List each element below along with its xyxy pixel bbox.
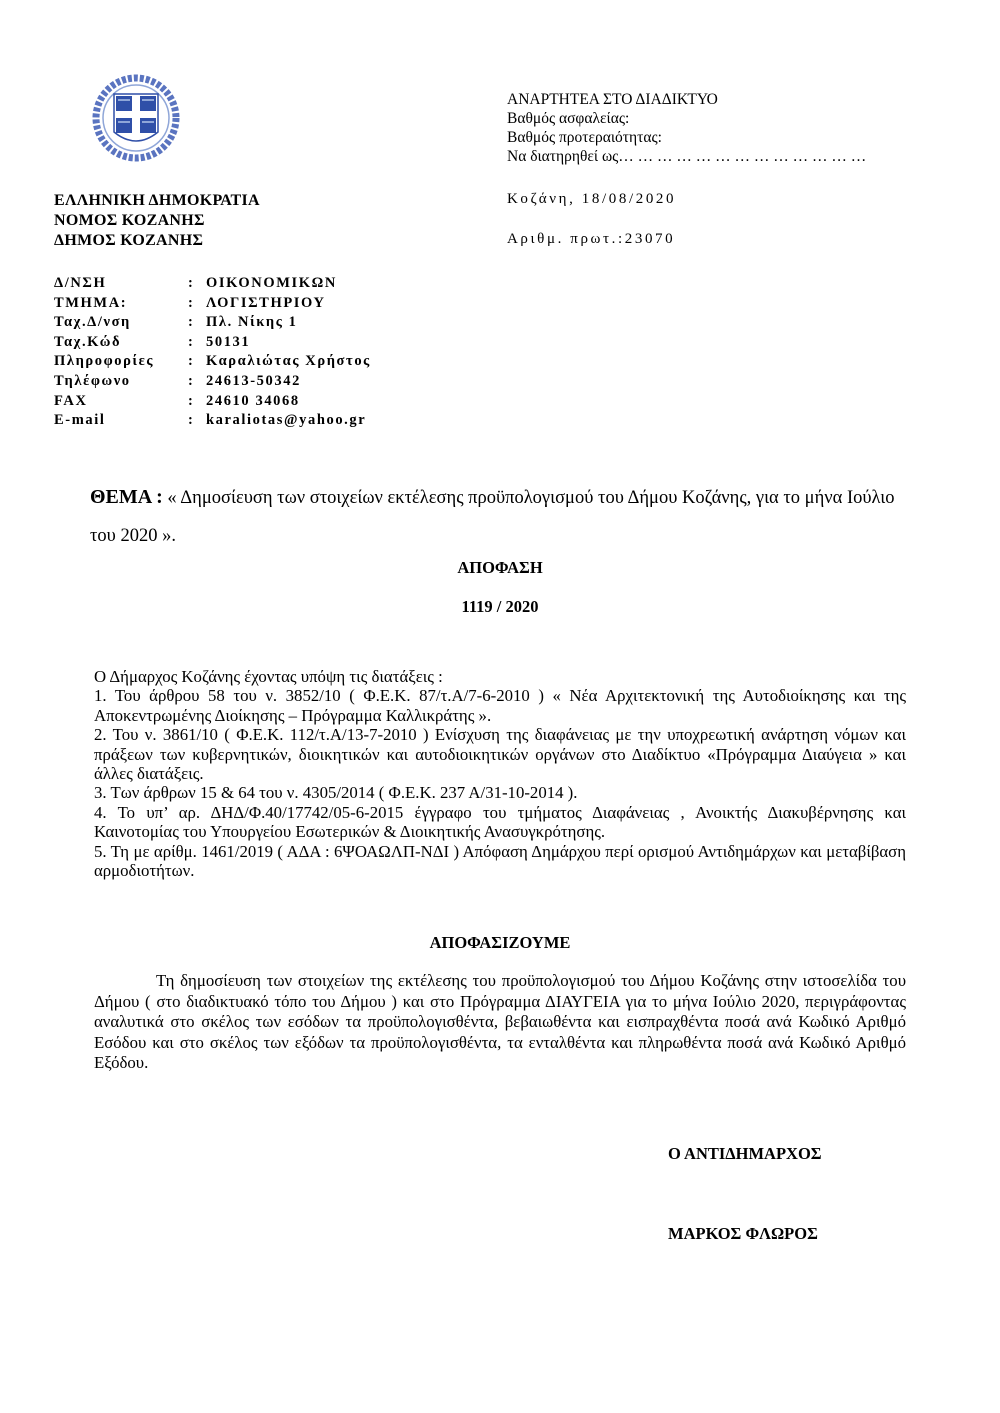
resolve-heading: ΑΠΟΦΑΣΙΖΟΥΜΕ: [0, 933, 1000, 953]
signatory-role: Ο ΑΝΤΙΔΗΜΑΡΧΟΣ: [668, 1144, 822, 1164]
info-row-department: ΤΜΗΜΑ::ΛΟΓΙΣΤΗΡΙΟΥ: [54, 294, 371, 314]
greek-coat-of-arms-emblem: [92, 74, 180, 162]
subject-text: « Δημοσίευση των στοιχείων εκτέλεσης προ…: [90, 488, 895, 546]
info-row-contact-person: Πληροφορίες:Καραλιώτας Χρήστος: [54, 352, 371, 372]
signatory-name: ΜΑΡΚΟΣ ΦΛΩΡΟΣ: [668, 1224, 818, 1244]
info-row-phone: Τηλέφωνο:24613-50342: [54, 372, 371, 392]
info-row-email: E-mail:karaliotas@yahoo.gr: [54, 411, 371, 431]
info-row-address: Ταχ.Δ/νση:Πλ. Νίκης 1: [54, 313, 371, 333]
info-row-fax: FAX:24610 34068: [54, 392, 371, 412]
publish-note: ΑΝΑΡΤΗΤΕΑ ΣΤΟ ΔΙΑΔΙΚΤΥΟ: [507, 90, 866, 109]
protocol-number: Αριθμ. πρωτ.:23070: [507, 231, 675, 247]
consideration-item: 1. Του άρθρου 58 του ν. 3852/10 ( Φ.Ε.Κ.…: [94, 686, 906, 725]
subject-label: ΘΕΜΑ :: [90, 486, 163, 508]
contact-info-table: Δ/ΝΣΗ:ΟΙΚΟΝΟΜΙΚΩΝ ΤΜΗΜΑ::ΛΟΓΙΣΤΗΡΙΟΥ Ταχ…: [54, 274, 371, 431]
info-row-postcode: Ταχ.Κώδ:50131: [54, 333, 371, 353]
decision-title: ΑΠΟΦΑΣΗ: [0, 558, 1000, 578]
info-row-directorate: Δ/ΝΣΗ:ΟΙΚΟΝΟΜΙΚΩΝ: [54, 274, 371, 294]
protocol-line: Αριθμ. πρωτ.:23070: [507, 229, 675, 249]
considerations: Ο Δήμαρχος Κοζάνης έχοντας υπόψη τις δια…: [94, 667, 906, 880]
document-date: Κοζάνη, 18/08/2020: [507, 191, 676, 207]
header-right-block: ΑΝΑΡΤΗΤΕΑ ΣΤΟ ΔΙΑΔΙΚΤΥΟ Βαθμός ασφαλείας…: [507, 90, 866, 166]
resolution: Τη δημοσίευση των στοιχείων της εκτέλεση…: [94, 971, 906, 1074]
consideration-item: 2. Του ν. 3861/10 ( Φ.Ε.Κ. 112/τ.Α/13-7-…: [94, 725, 906, 783]
resolution-text: Τη δημοσίευση των στοιχείων της εκτέλεση…: [94, 971, 906, 1074]
email-link[interactable]: karaliotas@yahoo.gr: [206, 411, 366, 431]
date-line: Κοζάνη, 18/08/2020: [507, 189, 676, 209]
security-level: Βαθμός ασφαλείας:: [507, 109, 866, 128]
retain-as: Να διατηρηθεί ως… … … … … … … … … … … … …: [507, 147, 866, 166]
authority-line: ΔΗΜΟΣ ΚΟΖΑΝΗΣ: [54, 231, 260, 251]
priority-level: Βαθμός προτεραιότητας:: [507, 128, 866, 147]
decision-number: 1119 / 2020: [0, 597, 1000, 617]
consideration-item: 3. Των άρθρων 15 & 64 του ν. 4305/2014 (…: [94, 783, 906, 802]
subject: ΘΕΜΑ : « Δημοσίευση των στοιχείων εκτέλε…: [90, 478, 910, 555]
consideration-item: 4. Το υπ’ αρ. ΔΗΔ/Φ.40/17742/05-6-2015 έ…: [94, 803, 906, 842]
authority-line: ΝΟΜΟΣ ΚΟΖΑΝΗΣ: [54, 211, 260, 231]
issuing-authority: ΕΛΛΗΝΙΚΗ ΔΗΜΟΚΡΑΤΙΑ ΝΟΜΟΣ ΚΟΖΑΝΗΣ ΔΗΜΟΣ …: [54, 191, 260, 251]
intro: Ο Δήμαρχος Κοζάνης έχοντας υπόψη τις δια…: [94, 667, 906, 686]
authority-line: ΕΛΛΗΝΙΚΗ ΔΗΜΟΚΡΑΤΙΑ: [54, 191, 260, 211]
consideration-item: 5. Τη με αρίθμ. 1461/2019 ( ΑΔΑ : 6ΨΟΑΩΛ…: [94, 842, 906, 881]
